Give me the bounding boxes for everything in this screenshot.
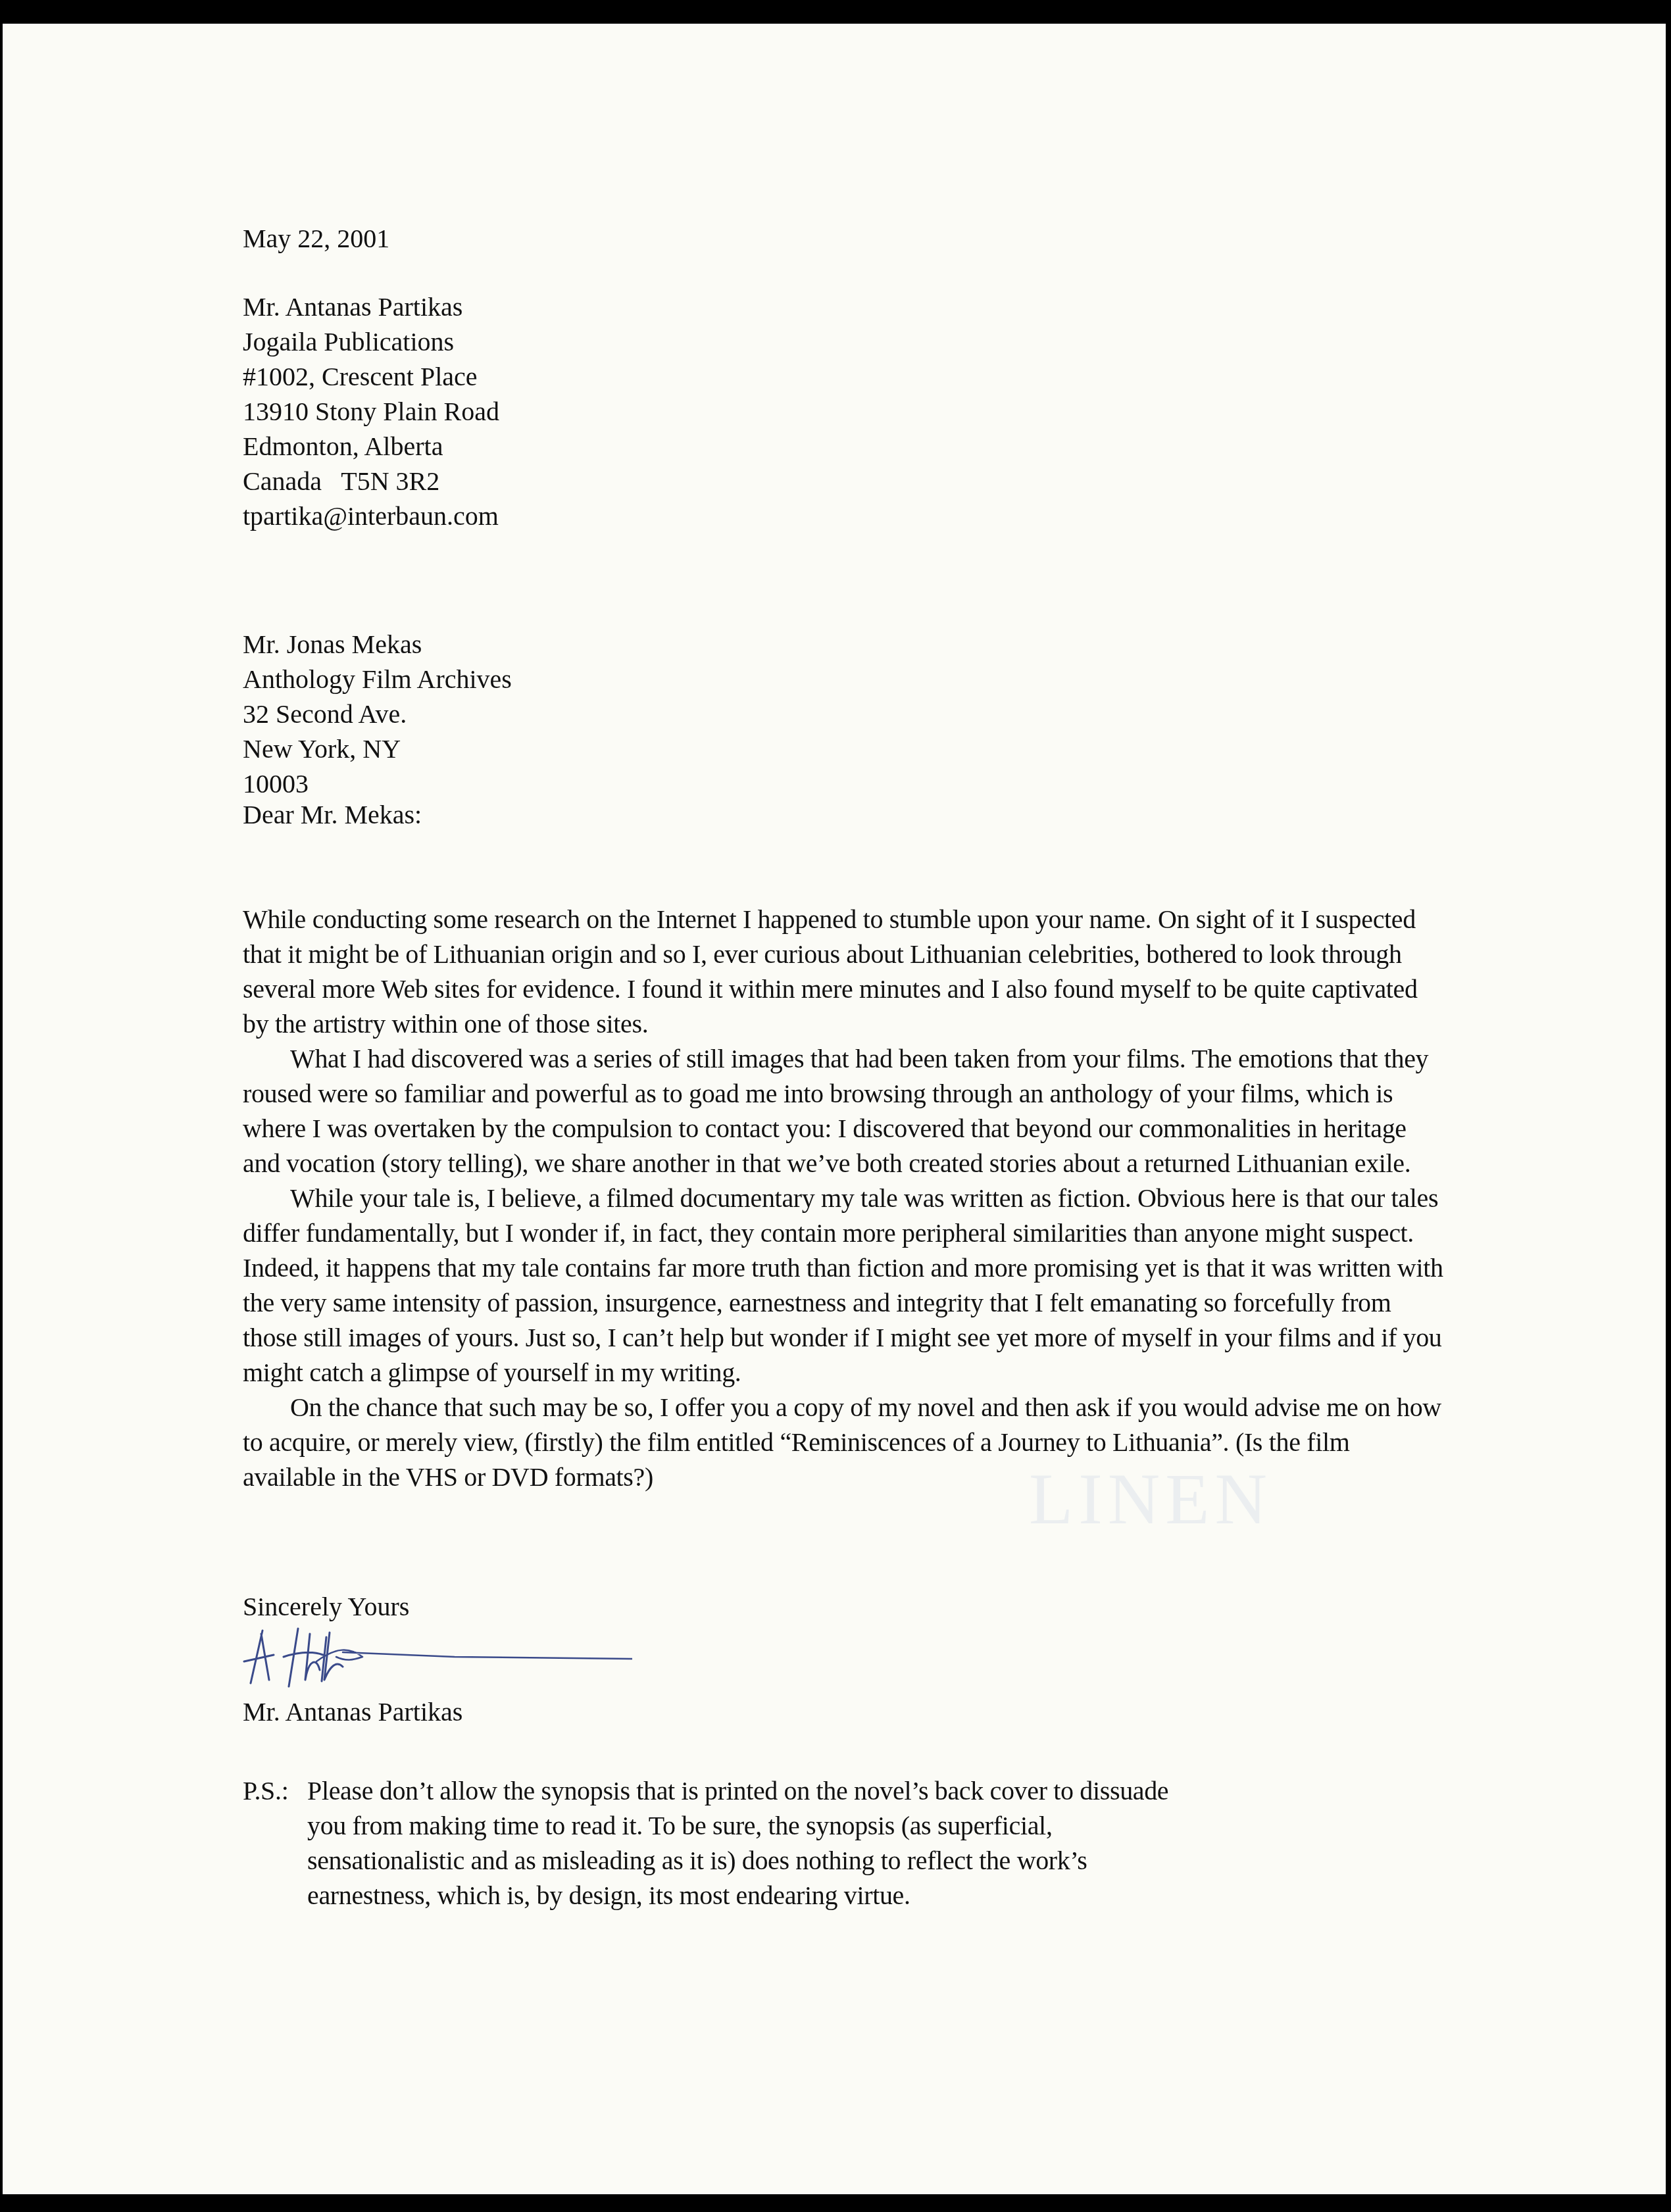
postscript-line-4: earnestness, which is, by design, its mo… [243, 1878, 1427, 1913]
sender-city: Edmonton, Alberta [243, 429, 499, 464]
sender-street-2: 13910 Stony Plain Road [243, 394, 499, 429]
sender-country-postal: Canada T5N 3R2 [243, 464, 499, 499]
sender-address: Mr. Antanas Partikas Jogaila Publication… [243, 289, 499, 533]
recipient-organization: Anthology Film Archives [243, 662, 512, 697]
sender-name: Mr. Antanas Partikas [243, 289, 499, 324]
letter-paragraphs: While conducting some research on the In… [243, 902, 1447, 1494]
closing: Sincerely Yours [243, 1589, 409, 1624]
recipient-city: New York, NY [243, 731, 512, 766]
paragraph-1: While conducting some research on the In… [243, 902, 1447, 1041]
recipient-zip: 10003 [243, 766, 512, 801]
salutation: Dear Mr. Mekas: [243, 797, 422, 832]
postscript-line-1: Please don’t allow the synopsis that is … [307, 1776, 1168, 1806]
sender-email: tpartika@interbaun.com [243, 499, 499, 533]
recipient-address: Mr. Jonas Mekas Anthology Film Archives … [243, 627, 512, 801]
sender-company: Jogaila Publications [243, 324, 499, 359]
signer-name: Mr. Antanas Partikas [243, 1694, 462, 1729]
recipient-name: Mr. Jonas Mekas [243, 627, 512, 662]
sender-street-1: #1002, Crescent Place [243, 359, 499, 394]
recipient-street: 32 Second Ave. [243, 697, 512, 731]
paragraph-4: On the chance that such may be so, I off… [243, 1390, 1447, 1494]
letter-date: May 22, 2001 [243, 221, 389, 256]
handwritten-signature-icon [237, 1621, 632, 1693]
postscript-line-3: sensationalistic and as misleading as it… [243, 1843, 1427, 1878]
paragraph-3: While your tale is, I believe, a filmed … [243, 1181, 1447, 1390]
postscript: P.S.:Please don’t allow the synopsis tha… [243, 1773, 1427, 1913]
postscript-label: P.S.: [243, 1773, 307, 1808]
postscript-line-2: you from making time to read it. To be s… [243, 1808, 1427, 1843]
paragraph-2: What I had discovered was a series of st… [243, 1041, 1447, 1181]
letter-page: LINEN May 22, 2001 Mr. Antanas Partikas … [3, 24, 1666, 2194]
